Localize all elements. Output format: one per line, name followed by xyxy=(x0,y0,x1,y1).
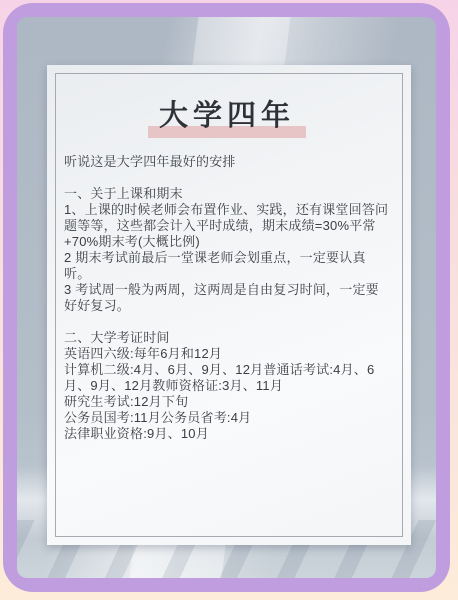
body-line: 公务员国考:11月公务员省考:4月 xyxy=(64,410,390,426)
subtitle: 听说这是大学四年最好的安排 xyxy=(64,154,390,170)
body-line: 2 期末考试前最后一堂课老师会划重点，一定要认真听。 xyxy=(64,250,390,282)
section-heading: 一、关于上课和期末 xyxy=(64,186,390,202)
section-exam-schedule: 二、大学考证时间 英语四六级:每年6月和12月 计算机二级:4月、6月、9月、1… xyxy=(64,330,390,442)
body-line: 研究生考试:12月下旬 xyxy=(64,394,390,410)
section-classes-and-finals: 一、关于上课和期末 1、上课的时候老师会布置作业、实践，还有课堂回答问题等等，这… xyxy=(64,186,390,314)
purple-frame: 大学四年 听说这是大学四年最好的安排 一、关于上课和期末 1、上课的时候老师会布… xyxy=(3,3,450,592)
body-line: 法律职业资格:9月、10月 xyxy=(64,426,390,442)
page-title: 大学四年 xyxy=(64,96,390,136)
body-line: 3 考试周一般为两周，这两周是自由复习时间，一定要好好复习。 xyxy=(64,282,390,314)
section-heading: 二、大学考证时间 xyxy=(64,330,390,346)
body-line: 计算机二级:4月、6月、9月、12月普通话考试:4月、6月、9月、12月教师资格… xyxy=(64,362,390,394)
body-line: 1、上课的时候老师会布置作业、实践，还有课堂回答问题等等，这些都会计入平时成绩，… xyxy=(64,202,390,250)
title-block: 大学四年 xyxy=(64,96,390,136)
wall-photo-background: 大学四年 听说这是大学四年最好的安排 一、关于上课和期末 1、上课的时候老师会布… xyxy=(17,17,436,578)
note-body: 听说这是大学四年最好的安排 一、关于上课和期末 1、上课的时候老师会布置作业、实… xyxy=(64,154,390,442)
card-inner-border: 大学四年 听说这是大学四年最好的安排 一、关于上课和期末 1、上课的时候老师会布… xyxy=(55,73,403,537)
body-line: 英语四六级:每年6月和12月 xyxy=(64,346,390,362)
note-card: 大学四年 听说这是大学四年最好的安排 一、关于上课和期末 1、上课的时候老师会布… xyxy=(47,65,411,545)
